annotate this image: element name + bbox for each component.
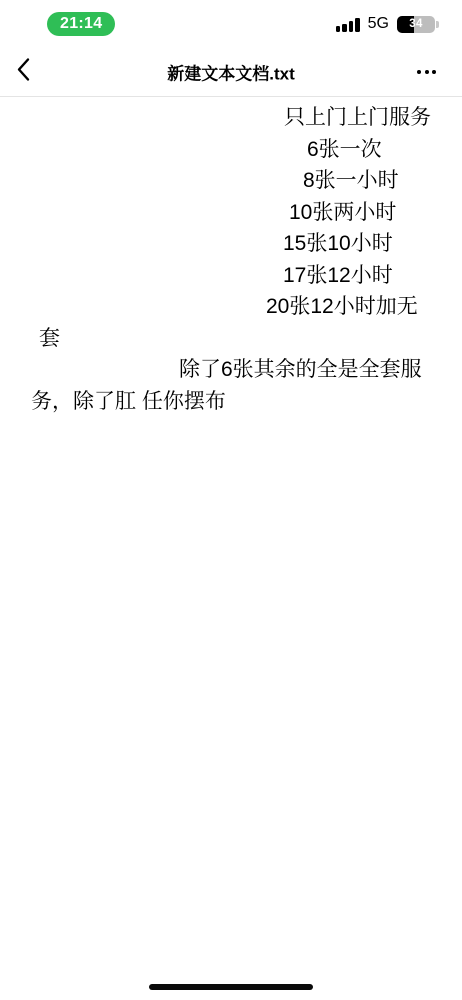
- ellipsis-icon: [432, 70, 436, 74]
- text-line: 只上门上门服务: [284, 102, 462, 134]
- text-line: 17张12小时: [283, 260, 462, 292]
- page-title: 新建文本文档.txt: [167, 60, 295, 85]
- battery-icon: 34: [397, 16, 435, 33]
- time-pill[interactable]: 21:14: [47, 12, 115, 36]
- ellipsis-icon: [417, 70, 421, 74]
- text-line: 6张一次: [307, 134, 462, 166]
- text-line: 套: [39, 323, 462, 355]
- battery-percent-label: 34: [397, 16, 435, 33]
- text-line: 务，除了肛 任你摆布: [31, 386, 462, 418]
- nav-bar: 新建文本文档.txt: [0, 48, 462, 97]
- more-button[interactable]: [415, 64, 438, 80]
- back-button[interactable]: [10, 54, 36, 91]
- text-line: 8张一小时: [303, 165, 462, 197]
- text-line: 10张两小时: [289, 197, 462, 229]
- network-type-label: 5G: [368, 15, 389, 33]
- battery-cap: [436, 21, 439, 28]
- status-time-label: 21:14: [60, 15, 102, 32]
- chevron-left-icon: [16, 58, 30, 87]
- signal-bar: [336, 26, 341, 32]
- cellular-signal-icon: [336, 17, 360, 32]
- document-content[interactable]: 只上门上门服务 6张一次 8张一小时 10张两小时 15张10小时 17张12小…: [0, 97, 462, 417]
- phone-screen: 21:14 5G 34 新建文本文档.txt: [0, 0, 462, 1000]
- ellipsis-icon: [425, 70, 429, 74]
- text-line: 15张10小时: [283, 228, 462, 260]
- signal-bar: [349, 21, 354, 32]
- text-line: 除了6张其余的全是全套服: [179, 354, 462, 386]
- signal-bar: [355, 18, 360, 32]
- status-icons: 5G 34: [336, 15, 435, 33]
- text-line: 20张12小时加无: [266, 291, 462, 323]
- home-indicator[interactable]: [149, 984, 313, 990]
- signal-bar: [342, 24, 347, 32]
- status-bar: 21:14 5G 34: [0, 0, 462, 48]
